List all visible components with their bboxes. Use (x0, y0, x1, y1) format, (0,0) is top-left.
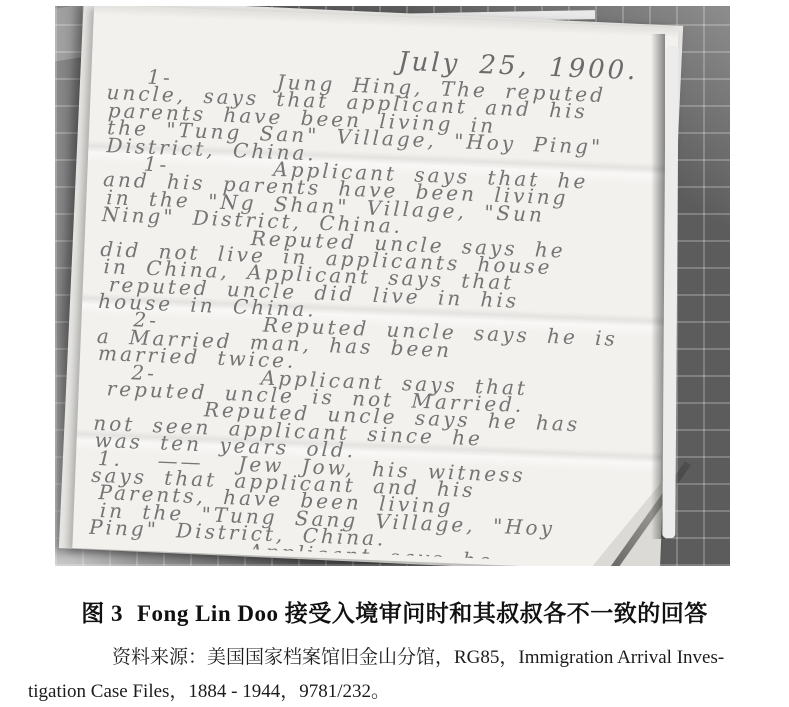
page: July 25, 1900.1- Jung Hing, The reputedu… (0, 0, 789, 707)
source-note-line-2: tigation Case Files，1884 - 1944，9781/232… (28, 675, 771, 707)
source-note-line-1: 资料来源：美国国家档案馆旧金山分馆，RG85，Immigration Arriv… (28, 641, 771, 675)
handwritten-document-paper: July 25, 1900.1- Jung Hing, The reputedu… (72, 6, 678, 566)
figure-caption-title: Fong Lin Doo 接受入境审问时和其叔叔各不一致的回答 (137, 601, 708, 626)
figure-caption: 图 3Fong Lin Doo 接受入境审问时和其叔叔各不一致的回答 (0, 595, 789, 628)
figure-caption-label: 图 3 (81, 601, 123, 626)
figure-photo: July 25, 1900.1- Jung Hing, The reputedu… (55, 6, 730, 566)
handwriting-lines: July 25, 1900.1- Jung Hing, The reputedu… (89, 35, 664, 565)
source-note: 资料来源：美国国家档案馆旧金山分馆，RG85，Immigration Arriv… (28, 641, 771, 707)
